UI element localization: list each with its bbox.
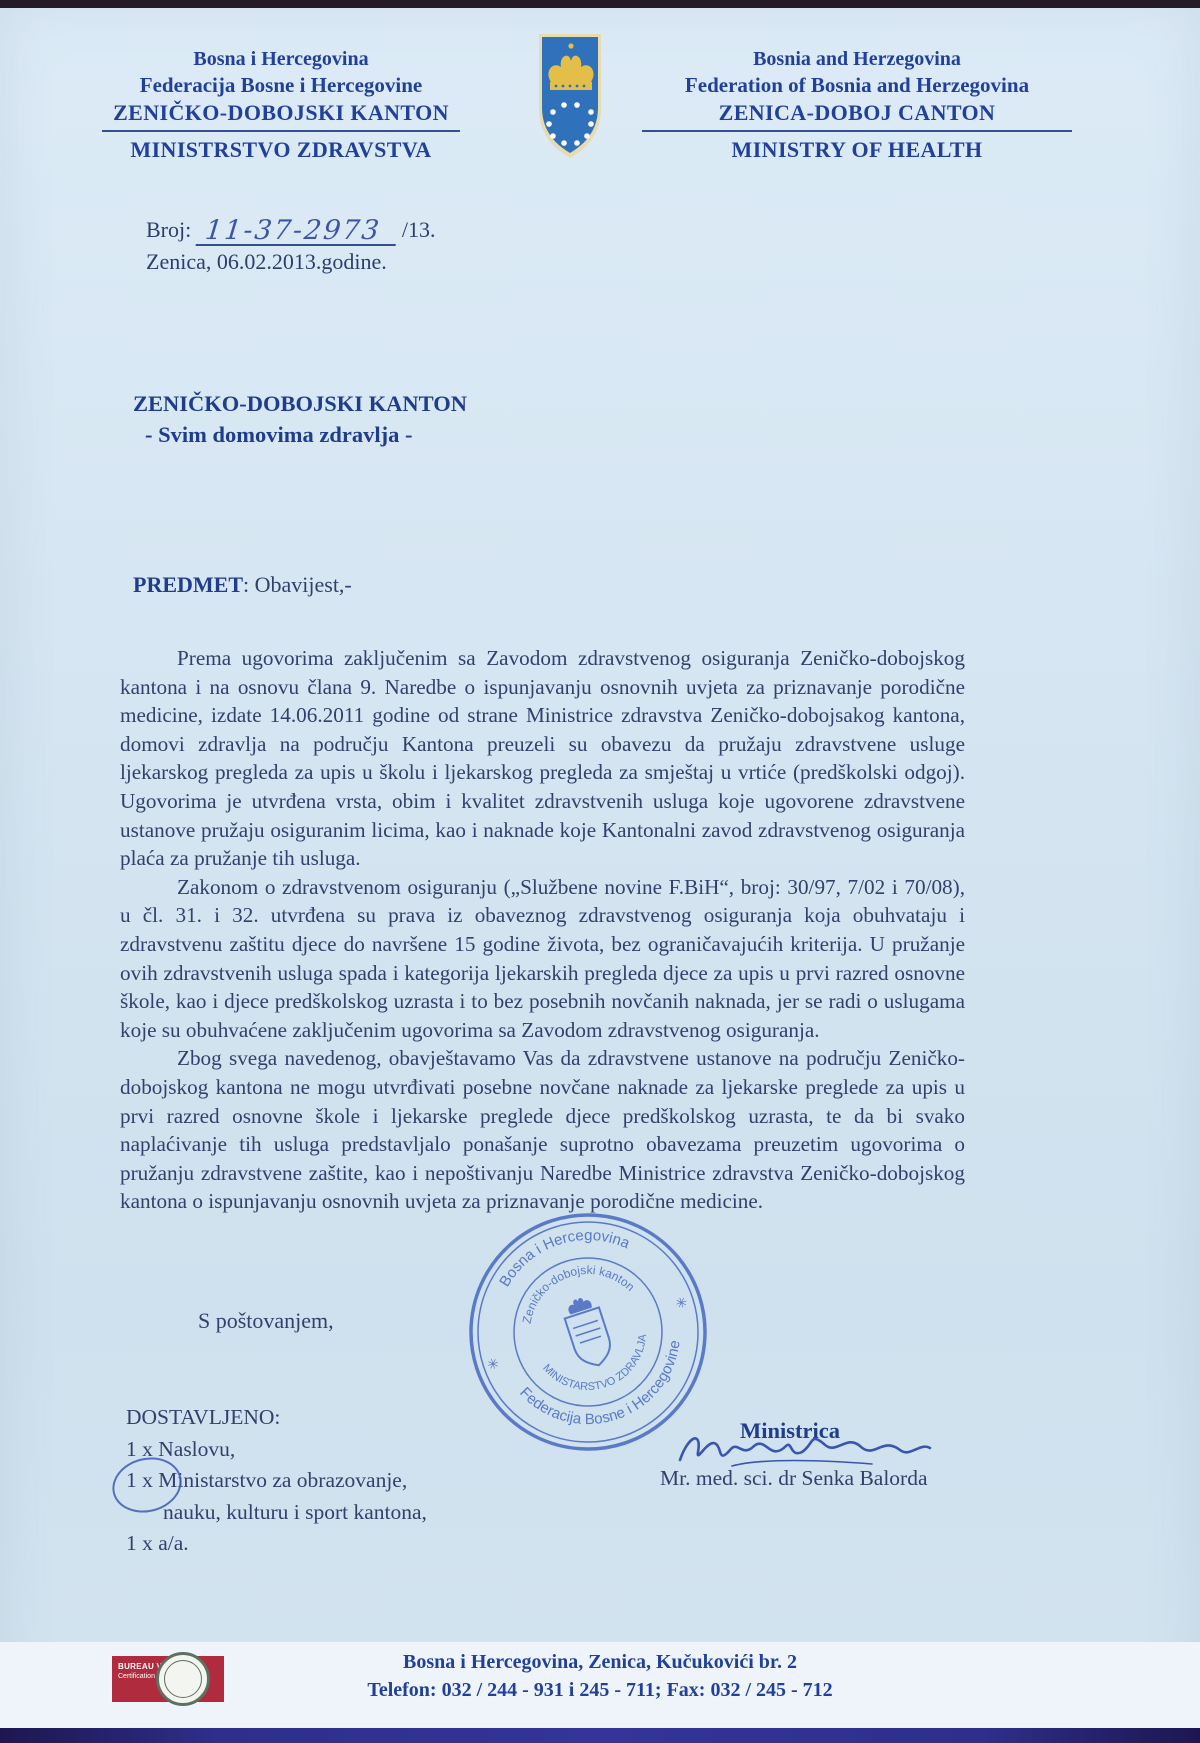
letter-body: Prema ugovorima zaključenim sa Zavodom z… (120, 644, 965, 1216)
subject-line: PREDMET: Obavijest,- (133, 572, 352, 598)
letterhead-english: Bosnia and Herzegovina Federation of Bos… (633, 46, 1081, 164)
letterhead-ministry-en: MINISTRY OF HEALTH (633, 136, 1081, 164)
body-paragraph-3: Zbog svega navedenog, obavještavamo Vas … (120, 1044, 965, 1216)
letterhead-bosnian: Bosna i Hercegovina Federacija Bosne i H… (95, 46, 467, 164)
bureau-veritas-logo: BUREAU VERITAS Certification (112, 1652, 262, 1708)
distribution-item-2-text: Ministarstvo za obrazovanje, (153, 1468, 407, 1492)
stamp-star-left: ✳ (485, 1354, 501, 1373)
distribution-item-3: 1 x a/a. (126, 1528, 427, 1560)
reference-label: Broj: (146, 217, 191, 242)
scan-bottom-edge (0, 1728, 1200, 1743)
letterhead-country-bs: Bosna i Hercegovina (95, 46, 467, 72)
reference-block: Broj: 11-37-2973 /13. Zenica, 06.02.2013… (146, 214, 436, 278)
distribution-title: DOSTAVLJENO: (126, 1402, 427, 1434)
reference-number-suffix: /13. (402, 217, 436, 242)
stamp-shield-icon (560, 1293, 616, 1371)
addressee-block: ZENIČKO-DOBOJSKI KANTON - Svim domovima … (133, 388, 467, 450)
distribution-item-1: 1 x Naslovu, (126, 1434, 427, 1466)
letterhead-canton-bs: ZENIČKO-DOBOJSKI KANTON (95, 99, 467, 127)
closing-salutation: S poštovanjem, (198, 1308, 334, 1334)
signature-typed-name: Mr. med. sci. dr Senka Balorda (660, 1466, 928, 1491)
stamp-star-right: ✳ (673, 1293, 689, 1312)
addressee-recipients: - Svim domovima zdravlja - (145, 419, 467, 450)
letterhead-canton-en: ZENICA-DOBOJ CANTON (633, 99, 1081, 127)
certification-seal-icon (156, 1652, 210, 1706)
letterhead-country-en: Bosnia and Herzegovina (633, 46, 1081, 72)
letterhead-federation-bs: Federacija Bosne i Hercegovine (95, 72, 467, 99)
letterhead-ministry-bs: MINISTRSTVO ZDRAVSTVA (95, 136, 467, 164)
addressee-canton: ZENIČKO-DOBOJSKI KANTON (133, 388, 467, 419)
scan-top-edge (0, 0, 1200, 8)
body-paragraph-2: Zakonom o zdravstvenom osiguranju („Služ… (120, 873, 965, 1045)
letterhead-rule-left (102, 130, 459, 132)
letterhead-rule-right (642, 130, 1072, 132)
letterhead-federation-en: Federation of Bosnia and Herzegovina (633, 72, 1081, 99)
reference-number-line: Broj: 11-37-2973 /13. (146, 214, 436, 246)
coat-of-arms-icon (536, 30, 604, 162)
subject-label: PREDMET (133, 572, 243, 597)
subject-value: : Obavijest,- (243, 572, 352, 597)
place-date-line: Zenica, 06.02.2013.godine. (146, 246, 436, 278)
distribution-item-2-continuation: nauku, kulturu i sport kantona, (163, 1497, 427, 1529)
scanned-letter-page: Bosna i Hercegovina Federacija Bosne i H… (0, 0, 1200, 1743)
reference-number-handwritten: 11-37-2973 (195, 219, 398, 246)
body-paragraph-1: Prema ugovorima zaključenim sa Zavodom z… (120, 644, 965, 873)
